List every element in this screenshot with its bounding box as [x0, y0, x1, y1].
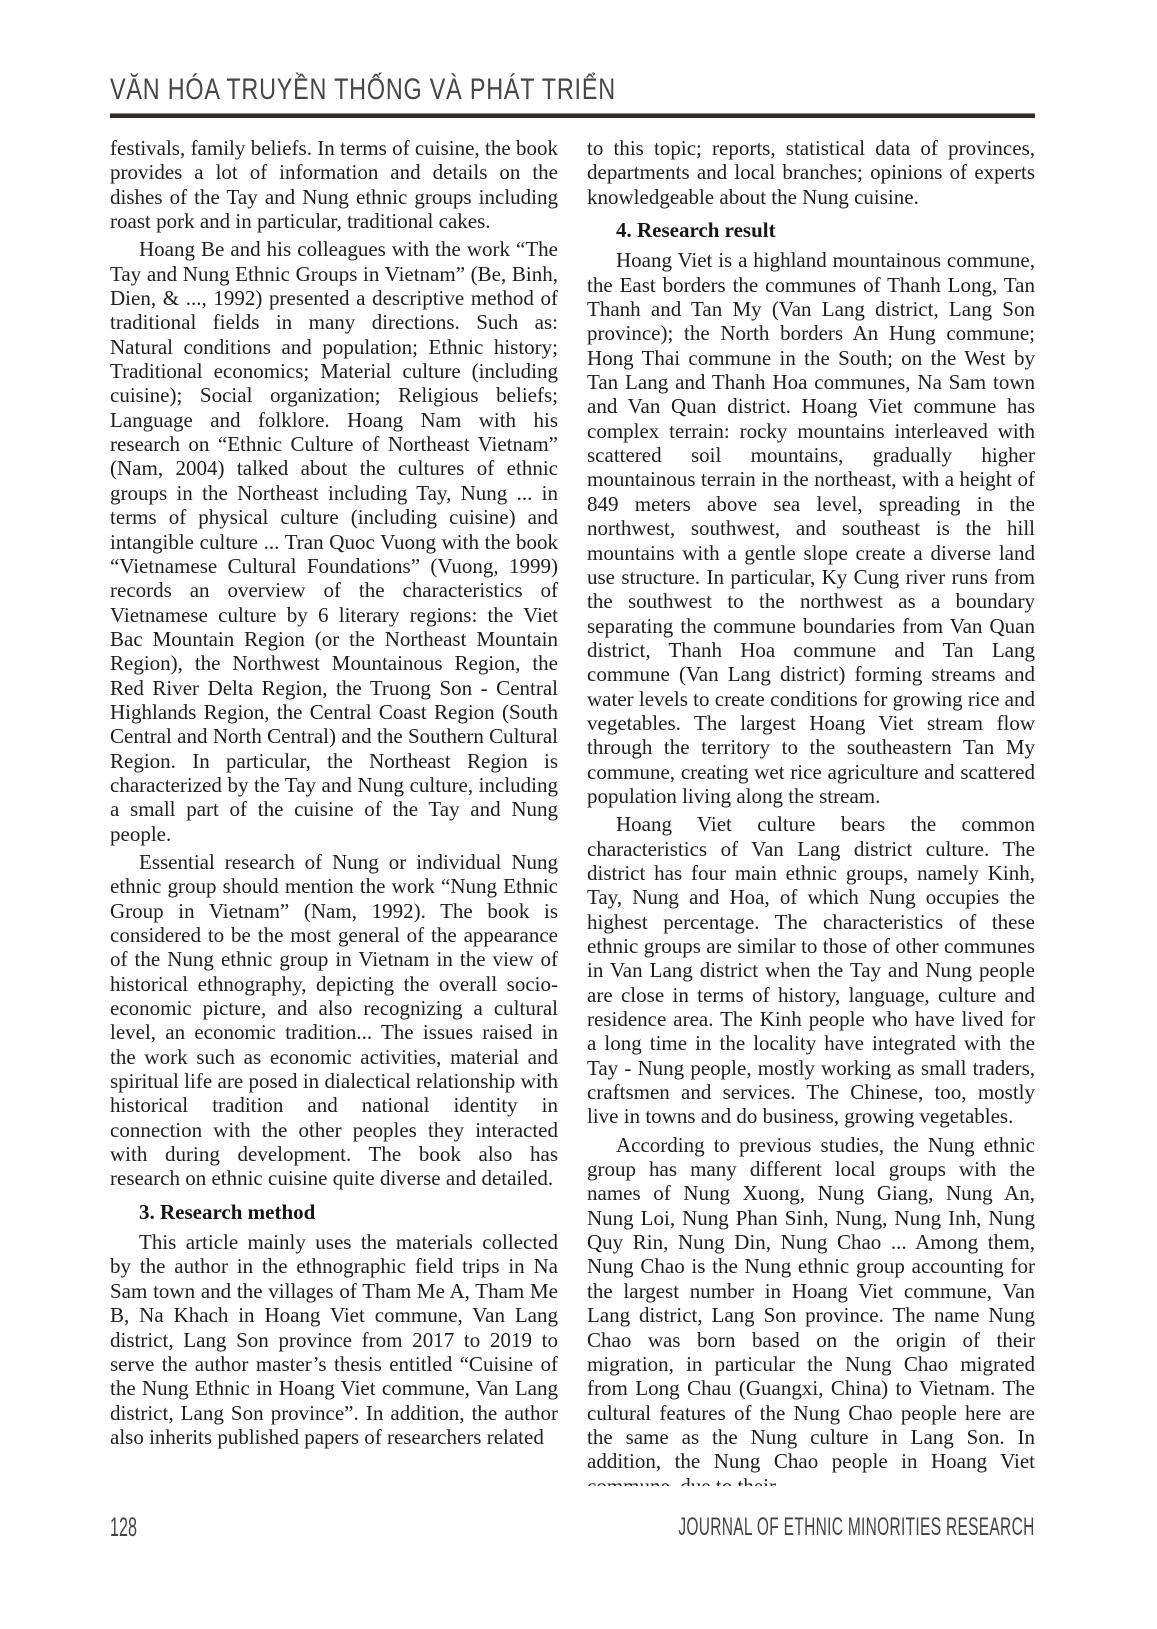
journal-name: JOURNAL OF ETHNIC MINORITIES RESEARCH	[679, 1512, 1035, 1542]
section-heading: 3. Research method	[110, 1200, 558, 1224]
paragraph: Hoang Viet culture bears the common char…	[587, 812, 1035, 1128]
text-column-right: to this topic; reports, statistical data…	[587, 136, 1035, 1486]
journal-section-title: VĂN HÓA TRUYỀN THỐNG VÀ PHÁT TRIỂN	[110, 74, 832, 106]
page-footer: 128 JOURNAL OF ETHNIC MINORITIES RESEARC…	[110, 1512, 1035, 1542]
paragraph: Hoang Viet is a highland mountainous com…	[587, 248, 1035, 808]
paragraph: According to previous studies, the Nung …	[587, 1133, 1035, 1486]
journal-page: VĂN HÓA TRUYỀN THỐNG VÀ PHÁT TRIỂN festi…	[0, 0, 1157, 1629]
paragraph: This article mainly uses the materials c…	[110, 1230, 558, 1449]
header-rule	[110, 113, 1035, 118]
paragraph: to this topic; reports, statistical data…	[587, 136, 1035, 209]
paragraph: Hoang Be and his colleagues with the wor…	[110, 237, 558, 846]
page-header: VĂN HÓA TRUYỀN THỐNG VÀ PHÁT TRIỂN	[110, 74, 1035, 118]
paragraph: festivals, family beliefs. In terms of c…	[110, 136, 558, 233]
section-heading: 4. Research result	[587, 218, 1035, 242]
paragraph: Essential research of Nung or individual…	[110, 850, 558, 1191]
page-number: 128	[110, 1512, 137, 1542]
article-body: festivals, family beliefs. In terms of c…	[110, 136, 1035, 1486]
text-column-left: festivals, family beliefs. In terms of c…	[110, 136, 558, 1486]
